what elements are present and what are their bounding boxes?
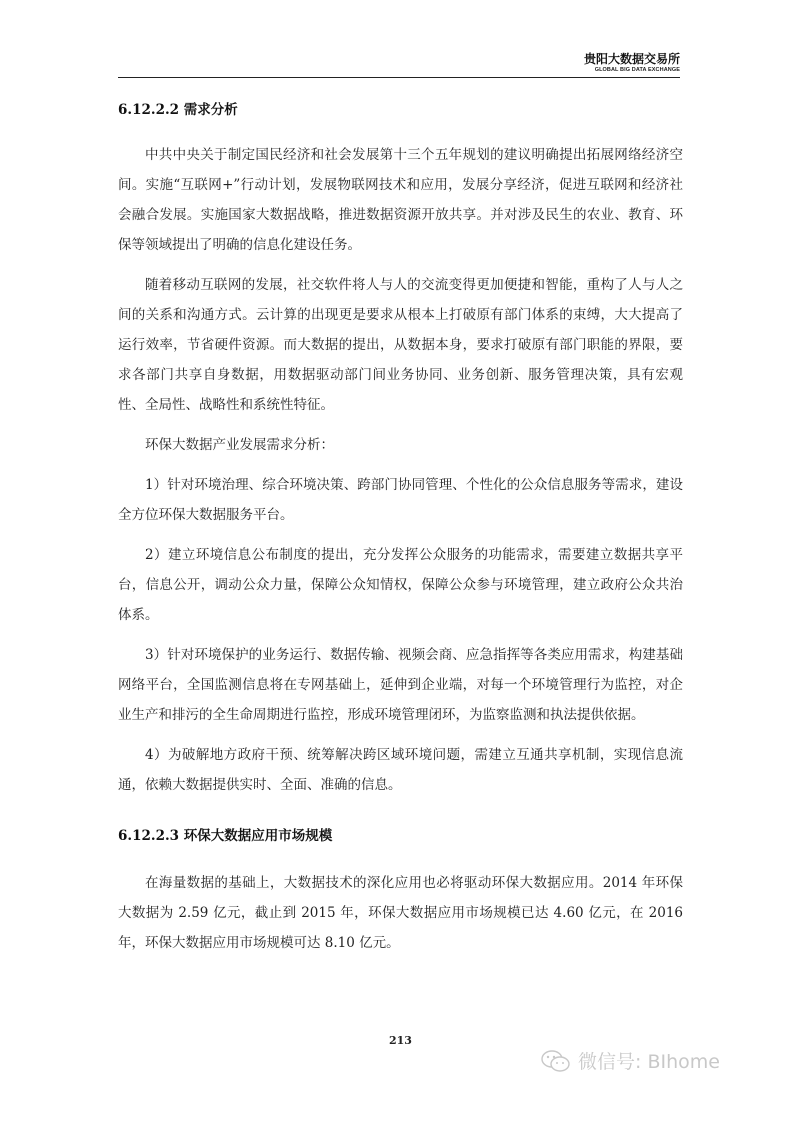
section-heading-demand-analysis: 6.12.2.2 需求分析 — [118, 100, 683, 120]
paragraph: 在海量数据的基础上，大数据技术的深化应用也必将驱动环保大数据应用。2014 年环… — [118, 868, 683, 958]
list-item: 2）建立环境信息公布制度的提出，充分发挥公众服务的功能需求，需要建立数据共享平台… — [118, 540, 683, 630]
list-item: 4）为破解地方政府干预、统筹解决跨区域环境问题，需建立互通共享机制，实现信息流通… — [118, 740, 683, 800]
logo-cn-text: 贵阳大数据交易所 — [584, 53, 680, 66]
logo-en-text: GLOBAL BIG DATA EXCHANGE — [584, 66, 680, 74]
list-item: 3）针对环境保护的业务运行、数据传输、视频会商、应急指挥等各类应用需求，构建基础… — [118, 640, 683, 730]
section-heading-market-size: 6.12.2.3 环保大数据应用市场规模 — [118, 826, 683, 846]
header-divider — [118, 77, 680, 78]
page-header: 贵阳大数据交易所 GLOBAL BIG DATA EXCHANGE — [118, 50, 680, 80]
exchange-logo: 贵阳大数据交易所 GLOBAL BIG DATA EXCHANGE — [584, 53, 680, 74]
watermark: 微信号: BIhome — [540, 1047, 720, 1074]
document-body: 6.12.2.2 需求分析 中共中央关于制定国民经济和社会发展第十三个五年规划的… — [118, 100, 683, 958]
paragraph: 随着移动互联网的发展，社交软件将人与人的交流变得更加便捷和智能，重构了人与人之间… — [118, 270, 683, 420]
paragraph: 中共中央关于制定国民经济和社会发展第十三个五年规划的建议明确提出拓展网络经济空间… — [118, 140, 683, 260]
paragraph: 环保大数据产业发展需求分析： — [118, 430, 683, 460]
wechat-icon — [540, 1049, 572, 1073]
watermark-text: 微信号: BIhome — [578, 1047, 720, 1074]
list-item: 1）针对环境治理、综合环境决策、跨部门协同管理、个性化的公众信息服务等需求，建设… — [118, 470, 683, 530]
page-number: 213 — [389, 1034, 412, 1047]
